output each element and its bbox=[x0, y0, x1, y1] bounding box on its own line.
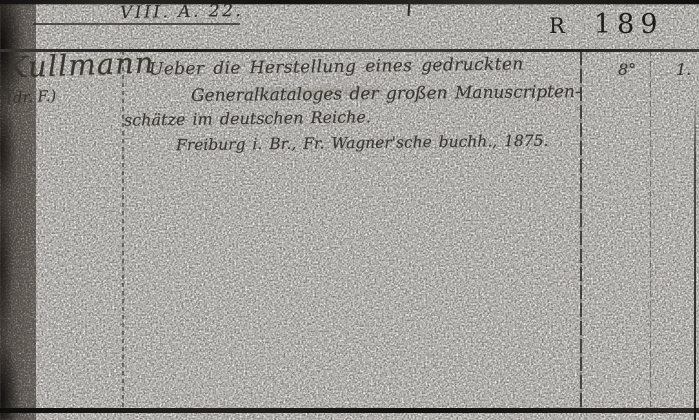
author-note: (dr. F.) bbox=[7, 87, 57, 108]
top-tick-mark bbox=[407, 0, 410, 16]
author-column-divider bbox=[122, 51, 124, 408]
imprint-line: Freiburg i. Br., Fr. Wagner'sche buchh.,… bbox=[176, 132, 549, 155]
top-edge-line bbox=[0, 0, 699, 4]
author-name: Kullmann bbox=[5, 45, 155, 84]
title-line-3: schätze im deutschen Reiche. bbox=[124, 107, 371, 129]
card-number: 189 bbox=[594, 9, 664, 40]
title-line-2: Generalkataloges der großen Manuscripten… bbox=[191, 82, 581, 106]
number-column-divider bbox=[650, 51, 651, 408]
copy-number: 1. bbox=[676, 60, 691, 79]
call-number-underline bbox=[33, 23, 240, 25]
right-edge-line bbox=[694, 95, 696, 420]
series-letter: R bbox=[549, 14, 565, 38]
format-column-divider bbox=[580, 51, 582, 408]
catalog-card-scan: VIII. A. 22. R 189 Kullmann (dr. F.) Ueb… bbox=[0, 0, 699, 420]
call-number: VIII. A. 22. bbox=[120, 1, 244, 23]
title-line-1: Ueber die Herstellung eines gedruckten bbox=[149, 54, 524, 79]
bottom-rule bbox=[0, 408, 699, 413]
format-note: 8° bbox=[618, 60, 636, 79]
